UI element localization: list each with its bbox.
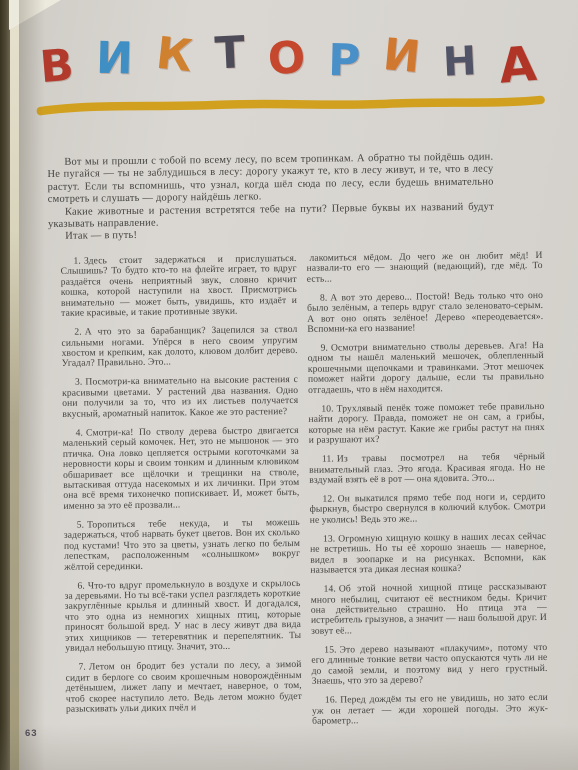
quiz-question: 15.Это дерево называют «плакучим», потом… — [311, 643, 547, 688]
quiz-question: 7.Летом он бродит без устали по лесу, а … — [65, 660, 302, 715]
question-text: Летом он бродит без устали по лесу, а зи… — [66, 659, 302, 715]
question-number: 3. — [75, 377, 86, 388]
question-number: 2. — [74, 327, 85, 338]
questions-column-right: лакомиться мёдом. До чего же он любит мё… — [306, 251, 548, 736]
question-text: Осмотри внимательно стволы деревьев. Ага… — [308, 340, 544, 396]
underlying-page-edge — [10, 0, 19, 770]
question-text: Смотри-ка! По стволу дерева быстро двига… — [63, 425, 300, 512]
question-number: 6. — [77, 580, 88, 591]
intro-paragraph: Вот мы и прошли с тобой по всему лесу, п… — [47, 152, 494, 207]
question-text: А что это за барабанщик? Зацепился за ст… — [61, 324, 297, 369]
scanned-book-page: В И К Т О Р И Н А Вот мы и прошли с тобо… — [0, 0, 578, 770]
intro-text: Вот мы и прошли с тобой по всему лесу, п… — [47, 152, 494, 244]
question-number: 7. — [78, 662, 89, 673]
page-corner — [9, 0, 61, 30]
question-number: 1. — [73, 255, 84, 266]
questions-column-left: 1.Здесь стоит задержаться и прислушаться… — [60, 254, 302, 739]
quiz-question: 14.Об этой ночной хищной птице рассказыв… — [310, 582, 547, 637]
question-text: Посмотри-ка внимательно на высокие расте… — [62, 374, 298, 419]
question-text: Об этой ночной хищной птице рассказывают… — [311, 581, 547, 637]
title-letter: Т — [214, 31, 246, 80]
quiz-question: 16.Перед дождём ты его не увидишь, но за… — [312, 693, 548, 727]
question-text: Торопиться тебе некуда, и ты можешь заде… — [64, 517, 300, 573]
title-letter: И — [96, 37, 134, 86]
question-number: 9. — [321, 343, 332, 354]
question-number: 8. — [320, 292, 331, 303]
quiz-question: 6.Что-то вдруг промелькнуло в воздухе и … — [64, 579, 301, 655]
question-text: Что-то вдруг промелькнуло в воздухе и ск… — [65, 578, 302, 655]
quiz-question: 2.А что это за барабанщик? Зацепился за … — [61, 325, 297, 370]
title-letter: В — [38, 44, 75, 95]
question-number: 4. — [76, 427, 87, 438]
quiz-question: 8.А вот это дерево... Постой! Ведь тольк… — [307, 291, 543, 336]
question-number: 5. — [77, 519, 88, 530]
title-word-viktorina: В И К Т О Р И Н А — [40, 29, 537, 83]
quiz-question: 1.Здесь стоит задержаться и прислушаться… — [60, 254, 297, 320]
quiz-question: лакомиться мёдом. До чего же он любит мё… — [306, 251, 542, 285]
question-text: Он выкатился прямо тебе под ноги и, серд… — [309, 491, 545, 526]
question-text: А вот это дерево... Постой! Ведь только … — [307, 290, 543, 335]
question-text: Перед дождём ты его не увидишь, но зато … — [312, 692, 548, 727]
page-number: 63 — [25, 728, 38, 739]
questions-area: 1.Здесь стоит задержаться и прислушаться… — [60, 251, 548, 739]
question-text: Из травы посмотрел на тебя чёрный внимат… — [309, 451, 545, 486]
quiz-question: 4.Смотри-ка! По стволу дерева быстро дви… — [63, 426, 300, 513]
title-wavy-underline — [36, 89, 546, 121]
question-text: лакомиться мёдом. До чего же он любит мё… — [307, 250, 543, 285]
title-letter: К — [154, 32, 195, 84]
question-text: Это дерево называют «плакучим», потому ч… — [311, 642, 547, 687]
title-letter: А — [497, 40, 538, 91]
page-content: В И К Т О Р И Н А Вот мы и прошли с тобо… — [30, 25, 557, 739]
title-letter: И — [381, 33, 422, 84]
quiz-question: 11.Из травы посмотрел на тебя чёрный вни… — [309, 452, 545, 486]
quiz-question: 13.Огромную хищную кошку в наших лесах с… — [310, 532, 546, 577]
quiz-question: 12.Он выкатился прямо тебе под ноги и, с… — [309, 492, 545, 526]
page-title: В И К Т О Р И Н А — [36, 29, 547, 127]
title-letter: О — [266, 36, 306, 86]
question-text: Огромную хищную кошку в наших лесах сейч… — [310, 531, 546, 576]
book-spine-shadow — [0, 0, 10, 770]
quiz-question: 9.Осмотри внимательно стволы деревьев. А… — [308, 341, 545, 396]
title-letter: Р — [327, 39, 360, 88]
quiz-question: 3.Посмотри-ка внимательно на высокие рас… — [62, 375, 298, 420]
title-letter: Н — [442, 41, 478, 91]
question-text: Трухлявый пенёк тоже поможет тебе правил… — [308, 401, 544, 446]
quiz-question: 10.Трухлявый пенёк тоже поможет тебе пра… — [308, 402, 544, 447]
quiz-question: 5.Торопиться тебе некуда, и ты можешь за… — [64, 518, 301, 573]
question-text: Здесь стоит задержаться и прислушаться. … — [61, 253, 297, 319]
